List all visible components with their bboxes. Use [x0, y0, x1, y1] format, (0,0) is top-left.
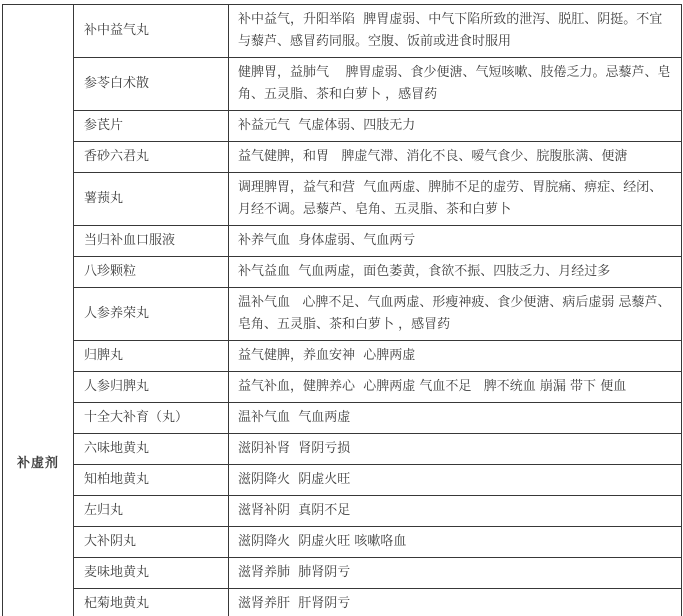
description-cell: 滋肾养肝 肝肾阴亏 [229, 589, 682, 616]
table-row: 当归补血口服液 补养气血 身体虚弱、气血两亏 [3, 226, 682, 257]
description-cell: 温补气血 心脾不足、气血两虚、形瘦神疲、食少便溏、病后虚弱 忌藜芦、皂角、五灵脂… [229, 288, 682, 341]
medicine-name-cell: 麦味地黄丸 [74, 558, 229, 589]
medicine-name-cell: 香砂六君丸 [74, 142, 229, 173]
table-row: 六味地黄丸 滋阴补肾 肾阴亏损 [3, 434, 682, 465]
medicine-name-cell: 十全大补育（丸） [74, 403, 229, 434]
medicine-name-cell: 知柏地黄丸 [74, 465, 229, 496]
description-cell: 滋肾养肺 肺肾阴亏 [229, 558, 682, 589]
table-row: 香砂六君丸 益气健脾，和胃 脾虚气滞、消化不良、嗳气食少、脘腹胀满、便溏 [3, 142, 682, 173]
category-label: 补虚剂 [3, 453, 73, 475]
table-row: 八珍颗粒 补气益血 气血两虚，面色萎黄，食欲不振、四肢乏力、月经过多 [3, 257, 682, 288]
medicine-name-cell: 补中益气丸 [74, 5, 229, 58]
medicine-name-cell: 归脾丸 [74, 341, 229, 372]
description-cell: 滋阴降火 阴虚火旺 咳嗽咯血 [229, 527, 682, 558]
description-cell: 滋肾补阴 真阴不足 [229, 496, 682, 527]
table-row: 人参养荣丸 温补气血 心脾不足、气血两虚、形瘦神疲、食少便溏、病后虚弱 忌藜芦、… [3, 288, 682, 341]
medicine-name-cell: 人参归脾丸 [74, 372, 229, 403]
description-cell: 补中益气，升阳举陷 脾胃虚弱、中气下陷所致的泄泻、脱肛、阴挺。不宜与藜芦、感冒药… [229, 5, 682, 58]
medicine-name-cell: 薯蓣丸 [74, 173, 229, 226]
medicine-name-cell: 六味地黄丸 [74, 434, 229, 465]
medicine-name-cell: 大补阴丸 [74, 527, 229, 558]
description-cell: 补养气血 身体虚弱、气血两亏 [229, 226, 682, 257]
description-cell: 滋阴补肾 肾阴亏损 [229, 434, 682, 465]
description-cell: 益气补血，健脾养心 心脾两虚 气血不足 脾不统血 崩漏 带下 便血 [229, 372, 682, 403]
table-row: 十全大补育（丸） 温补气血 气血两虚 [3, 403, 682, 434]
medicine-name-cell: 参芪片 [74, 111, 229, 142]
medicine-name-cell: 参苓白术散 [74, 58, 229, 111]
table-row: 麦味地黄丸 滋肾养肺 肺肾阴亏 [3, 558, 682, 589]
description-cell: 健脾胃，益肺气 脾胃虚弱、食少便溏、气短咳嗽、肢倦乏力。忌藜芦、皂角、五灵脂、茶… [229, 58, 682, 111]
table-row: 大补阴丸 滋阴降火 阴虚火旺 咳嗽咯血 [3, 527, 682, 558]
description-cell: 滋阴降火 阴虚火旺 [229, 465, 682, 496]
medicine-table: 补虚剂 补中益气丸 补中益气，升阳举陷 脾胃虚弱、中气下陷所致的泄泻、脱肛、阴挺… [2, 4, 682, 616]
table-row: 归脾丸 益气健脾，养血安神 心脾两虚 [3, 341, 682, 372]
description-cell: 补气益血 气血两虚，面色萎黄，食欲不振、四肢乏力、月经过多 [229, 257, 682, 288]
medicine-name-cell: 杞菊地黄丸 [74, 589, 229, 616]
table-row: 知柏地黄丸 滋阴降火 阴虚火旺 [3, 465, 682, 496]
table-row: 人参归脾丸 益气补血，健脾养心 心脾两虚 气血不足 脾不统血 崩漏 带下 便血 [3, 372, 682, 403]
category-cell: 补虚剂 [3, 5, 74, 616]
medicine-name-cell: 左归丸 [74, 496, 229, 527]
medicine-name-cell: 八珍颗粒 [74, 257, 229, 288]
table-row: 参苓白术散 健脾胃，益肺气 脾胃虚弱、食少便溏、气短咳嗽、肢倦乏力。忌藜芦、皂角… [3, 58, 682, 111]
table-row: 左归丸 滋肾补阴 真阴不足 [3, 496, 682, 527]
description-cell: 益气健脾，和胃 脾虚气滞、消化不良、嗳气食少、脘腹胀满、便溏 [229, 142, 682, 173]
description-cell: 温补气血 气血两虚 [229, 403, 682, 434]
table-row: 薯蓣丸 调理脾胃，益气和营 气血两虚、脾肺不足的虚劳、胃脘痛、痹症、经闭、月经不… [3, 173, 682, 226]
medicine-name-cell: 人参养荣丸 [74, 288, 229, 341]
description-cell: 调理脾胃，益气和营 气血两虚、脾肺不足的虚劳、胃脘痛、痹症、经闭、月经不调。忌藜… [229, 173, 682, 226]
description-cell: 补益元气 气虚体弱、四肢无力 [229, 111, 682, 142]
table-row: 参芪片 补益元气 气虚体弱、四肢无力 [3, 111, 682, 142]
description-cell: 益气健脾，养血安神 心脾两虚 [229, 341, 682, 372]
table-row: 补虚剂 补中益气丸 补中益气，升阳举陷 脾胃虚弱、中气下陷所致的泄泻、脱肛、阴挺… [3, 5, 682, 58]
table-row: 杞菊地黄丸 滋肾养肝 肝肾阴亏 [3, 589, 682, 616]
medicine-name-cell: 当归补血口服液 [74, 226, 229, 257]
